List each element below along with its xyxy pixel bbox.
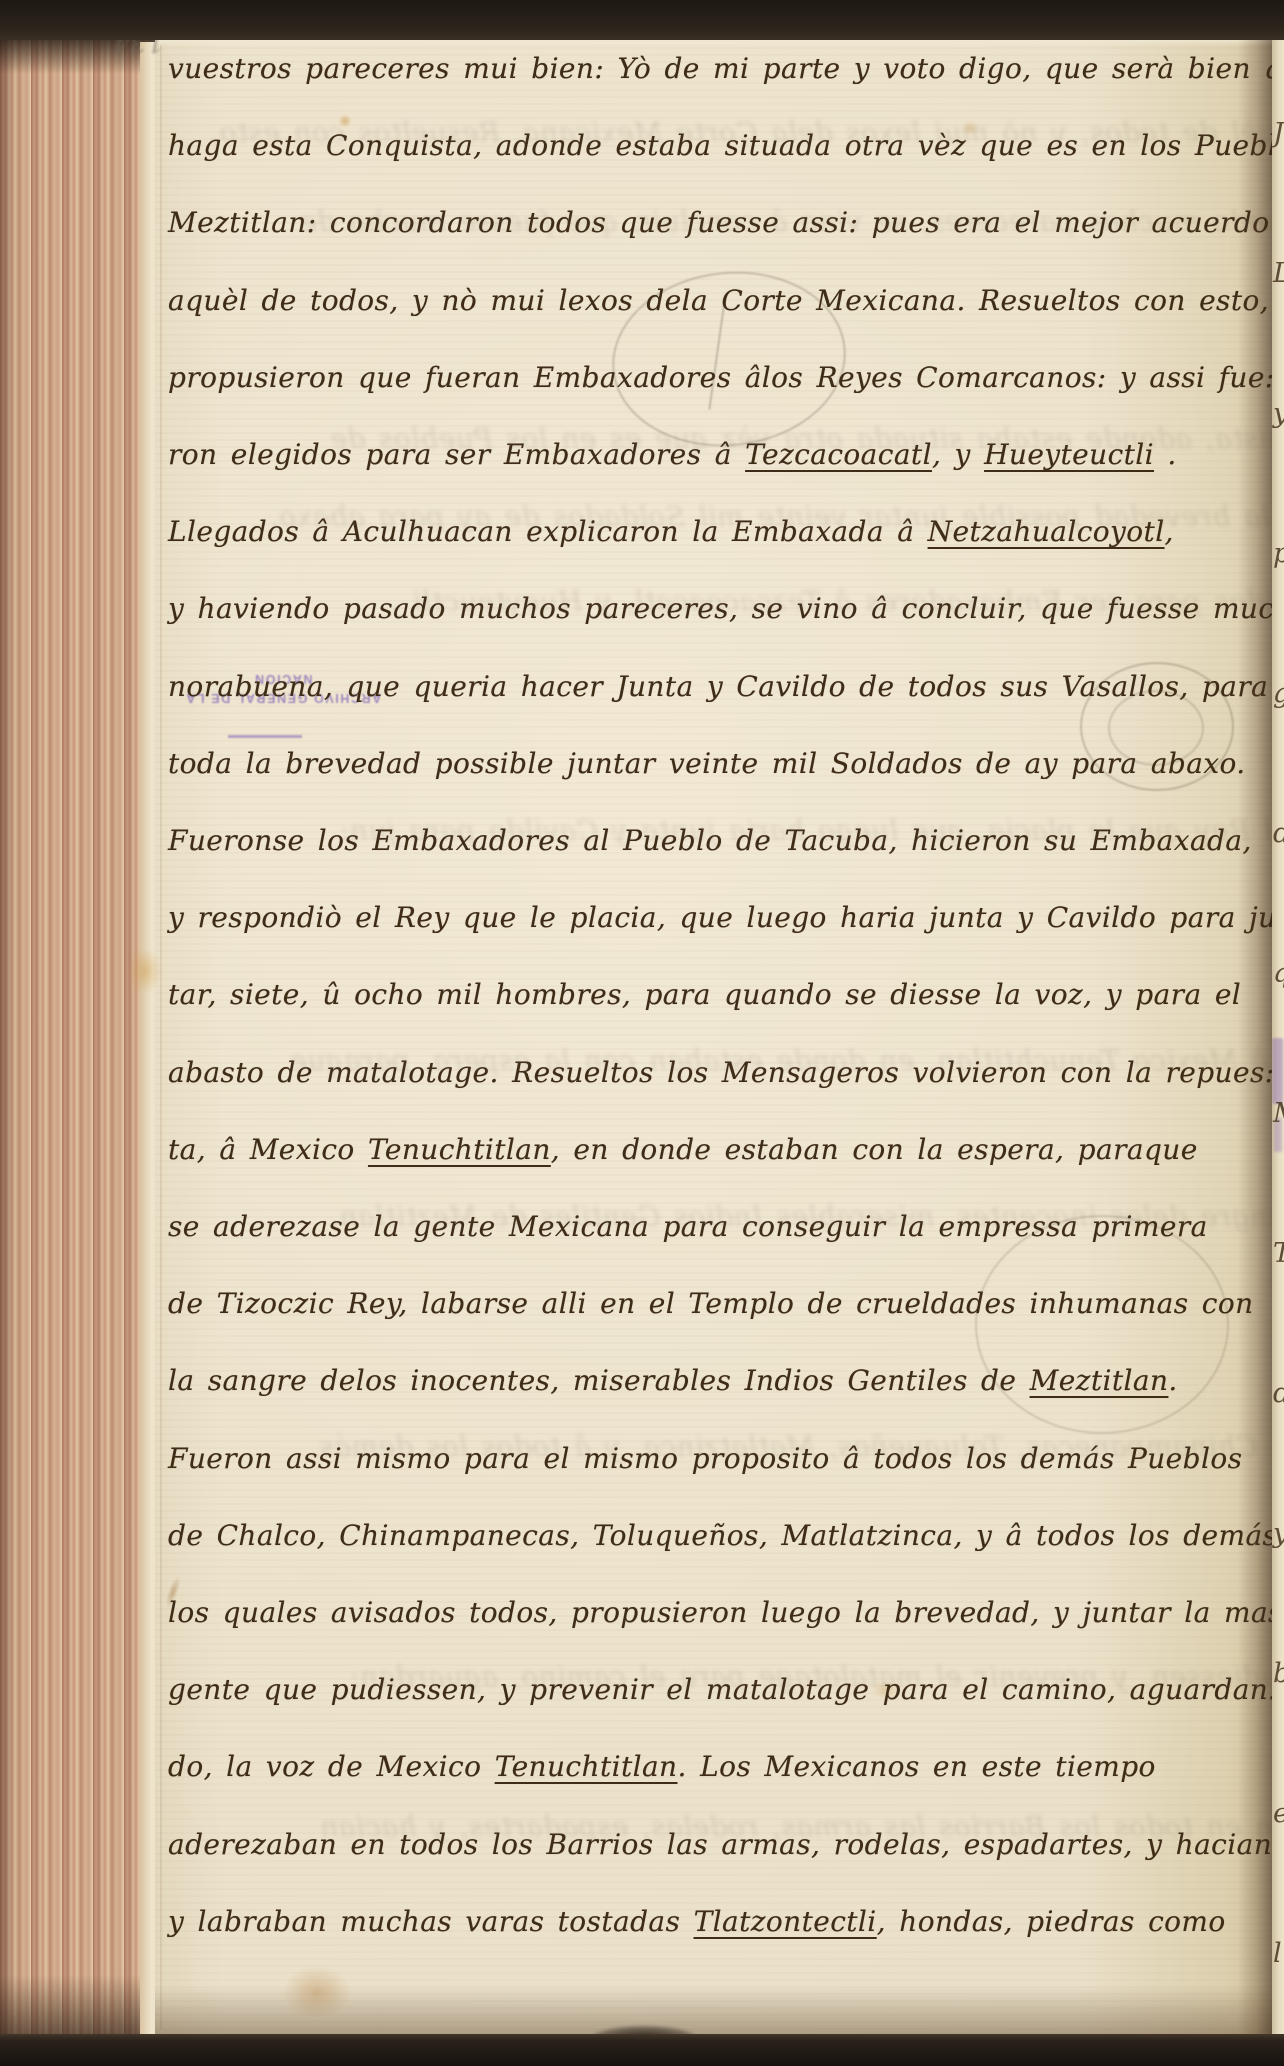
verso-showthrough-text: y respondiò el Rey que le placia, que lu…	[340, 814, 1284, 847]
verso-showthrough-text: de Chalco, Chinampanecas, Toluqueños, Ma…	[310, 1430, 1284, 1463]
manuscript-line: de Tizoczic Rey, labarse alli en el Temp…	[168, 1287, 1254, 1320]
manuscript-line: tar, siete, û ocho mil hombres, para qua…	[168, 978, 1241, 1011]
facing-page-text-fragment: J	[1273, 118, 1284, 149]
verso-showthrough-text: gente que pudiessen, y prevenir el matal…	[350, 1660, 1284, 1693]
manuscript-line: propusieron que fueran Embaxadores âlos …	[168, 361, 1275, 394]
verso-showthrough-text: y haviendo pasado muchos pareceres, se v…	[300, 205, 1284, 238]
underlined-word: Meztitlan	[1030, 1364, 1169, 1397]
underlined-word: Tenuchtitlan	[368, 1133, 551, 1166]
verso-showthrough-text: toda la brevedad possible juntar veinte …	[270, 500, 1284, 533]
verso-showthrough-text: ron elegidos para ser Embaxadores â Tezc…	[390, 585, 1284, 618]
page-gutter-shadow	[1238, 38, 1272, 2037]
manuscript-line: los quales avisados todos, propusieron l…	[168, 1596, 1283, 1629]
underlined-word: Tlatzontectli	[694, 1905, 877, 1938]
verso-showthrough-text: aderezaban en todos los Barrios las arma…	[320, 1810, 1284, 1843]
archive-stamp-fragment	[1272, 1038, 1283, 1104]
facing-page-text-fragment: d	[1273, 1378, 1284, 1409]
facing-page-text-fragment: g	[1273, 678, 1284, 709]
facing-page-text-fragment: y	[1273, 398, 1284, 429]
manuscript-line: vuestros pareceres mui bien: Yò de mi pa…	[168, 52, 1284, 85]
verso-showthrough-text: ta, â Mexico Tenuchtitlan, en donde esta…	[290, 1044, 1284, 1077]
underlined-word: Tenuchtitlan	[495, 1750, 678, 1783]
facing-page-text-fragment: y	[1273, 1518, 1284, 1549]
facing-page-text-fragment: p	[1273, 538, 1284, 569]
manuscript-line: do, la voz de Mexico Tenuchtitlan. Los M…	[168, 1750, 1156, 1783]
manuscript-line: norabuena, que queria hacer Junta y Cavi…	[168, 670, 1284, 703]
facing-page-text-fragment: L	[1273, 258, 1284, 289]
facing-page-text-fragment: q	[1273, 958, 1284, 989]
facing-page-text-fragment: T	[1273, 1238, 1284, 1269]
facing-page-text-fragment: e	[1273, 1798, 1284, 1829]
manuscript-line: aquèl de todos, y nò mui lexos dela Cort…	[168, 284, 1269, 317]
verso-showthrough-text: aquèl de todos, y nò mui lexos dela Cort…	[210, 116, 1284, 149]
verso-showthrough-text: haga esta Conquista, adonde estaba situa…	[330, 422, 1284, 455]
facing-page-text-fragment: l	[1273, 1938, 1282, 1969]
manuscript-line: la sangre delos inocentes, miserables In…	[168, 1364, 1178, 1397]
manuscript-line: y respondiò el Rey que le placia, que lu…	[168, 901, 1284, 934]
facing-page-text-fragment: M	[1273, 1098, 1284, 1129]
book-photograph: 134. ARCHIVO GENERAL DE LA NACION vuestr…	[0, 0, 1284, 2066]
manuscript-line: y labraban muchas varas tostadas Tlatzon…	[168, 1905, 1226, 1938]
background	[0, 2034, 1284, 2066]
manuscript-line: de Chalco, Chinampanecas, Toluqueños, Ma…	[168, 1519, 1284, 1552]
facing-page-text-fragment: b	[1273, 1658, 1284, 1689]
manuscript-line: ta, â Mexico Tenuchtitlan, en donde esta…	[168, 1133, 1198, 1166]
verso-showthrough-text: la sangre delos inocentes, miserables In…	[330, 1200, 1284, 1233]
manuscript-line: toda la brevedad possible juntar veinte …	[168, 747, 1246, 780]
facing-page-sliver: JLypgdqMTdybel	[1272, 38, 1284, 2037]
facing-page-text-fragment: d	[1273, 818, 1284, 849]
background	[0, 0, 1284, 40]
manuscript-text-block: vuestros pareceres mui bien: Yò de mi pa…	[0, 0, 1284, 2066]
